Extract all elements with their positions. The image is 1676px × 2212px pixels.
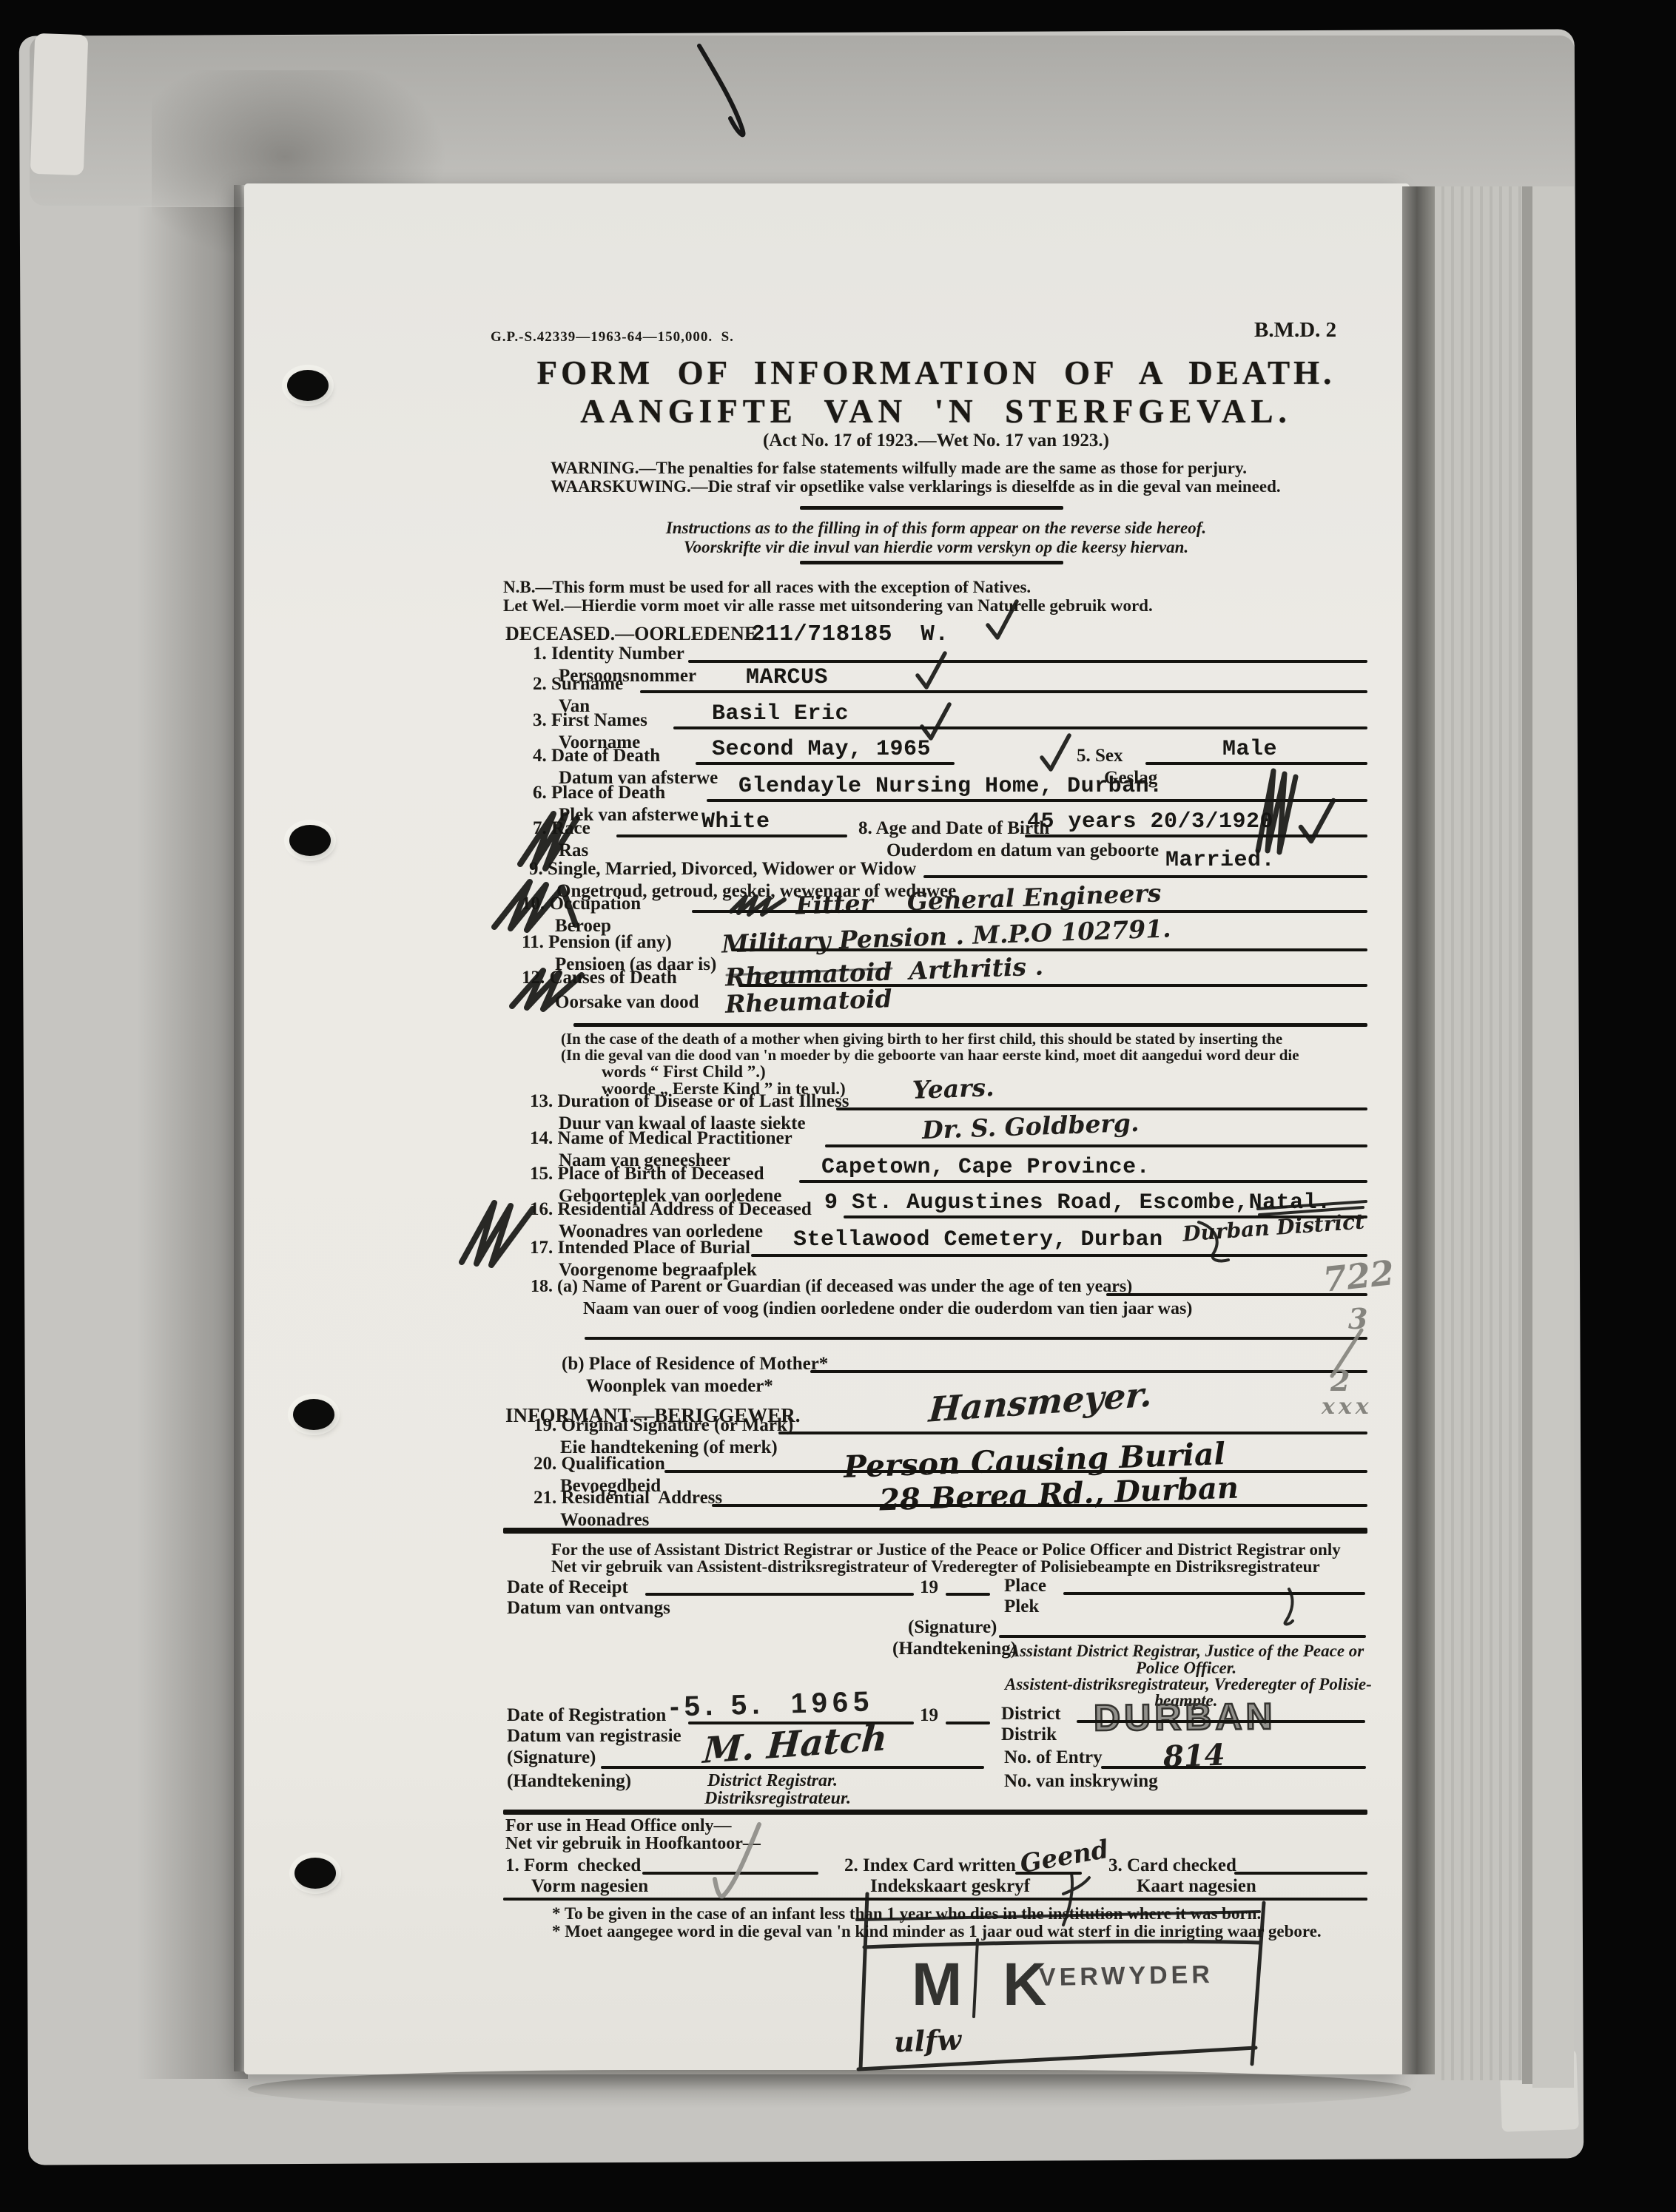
margin-pencil-mark: 3	[1348, 1302, 1367, 1335]
field-rule	[712, 1504, 1367, 1507]
field-12-label: 12. Causes of Death	[522, 968, 677, 988]
field-rule	[585, 1337, 1367, 1340]
form-checked-label: 1. Form checked	[505, 1855, 641, 1876]
section-deceased: DECEASED.—OORLEDENE.	[505, 623, 762, 645]
field-2-value: MARCUS	[746, 665, 828, 690]
field-rule	[1025, 834, 1367, 837]
field-4-value: Second May, 1965	[712, 737, 931, 762]
field-18b-label-af: Woonplek van moeder*	[586, 1376, 773, 1397]
section-heavy-rule	[503, 1528, 1367, 1534]
print-code: G.P.-S.42339—1963-64—150,000. S.	[491, 329, 734, 345]
warning-af: WAARSKUWING.—Die straf vir opsetlike val…	[551, 477, 1281, 496]
field-16-label: 16. Residential Address of Deceased	[530, 1199, 812, 1220]
form-checked-label-af: Vorm nagesien	[531, 1876, 648, 1897]
field-rule	[692, 910, 1367, 913]
receipt-date-label-af: Datum van ontvangs	[507, 1598, 670, 1619]
page-stack-margin	[1532, 186, 1574, 2088]
field-15-value: Capetown, Cape Province.	[821, 1155, 1150, 1180]
field-rule	[1145, 762, 1367, 765]
field-rule	[1101, 1766, 1366, 1769]
field-8-value: 45 years 20/3/1920	[1027, 809, 1273, 834]
card-checked-label-af: Kaart nagesien	[1137, 1876, 1256, 1897]
field-rule	[799, 1180, 1367, 1183]
act-reference: (Act No. 17 of 1923.—Wet No. 17 van 1923…	[522, 431, 1350, 451]
instructions-en: Instructions as to the filling in of thi…	[522, 519, 1350, 538]
section-rule	[573, 1023, 1367, 1027]
nb-note-en: N.B.—This form must be used for all race…	[503, 578, 1031, 597]
field-17-label: 17. Intended Place of Burial	[530, 1238, 750, 1258]
form-title-en: FORM OF INFORMATION OF A DEATH.	[522, 354, 1350, 392]
field-9-value: Married.	[1165, 848, 1275, 873]
field-rule	[688, 660, 1367, 663]
field-18a-label: 18. (a) Name of Parent or Guardian (if d…	[531, 1277, 1132, 1297]
field-6-value: Glendayle Nursing Home, Durban.	[738, 774, 1163, 799]
field-2-label: 2. Surname	[533, 674, 623, 695]
field-4-label: 4. Date of Death	[533, 746, 660, 766]
field-rule	[923, 875, 1367, 878]
field-1-label: 1. Identity Number	[533, 644, 684, 664]
field-17-value: Stellawood Cemetery, Durban	[793, 1227, 1163, 1252]
field-rule	[1063, 1592, 1365, 1595]
warning-en: WARNING.—The penalties for false stateme…	[551, 459, 1247, 478]
field-rule	[825, 1144, 1367, 1147]
field-rule	[778, 1432, 1367, 1434]
punch-hole	[293, 1399, 334, 1430]
district-label: District	[1001, 1704, 1061, 1724]
section-rule	[503, 1898, 1367, 1901]
field-12-value-corrected: Rheumatoid	[724, 984, 892, 1019]
page-stack-edge-right	[1402, 186, 1435, 2074]
place-label-af: Plek	[1004, 1596, 1039, 1617]
field-rule	[810, 1370, 1367, 1373]
field-3-label: 3. First Names	[533, 710, 647, 731]
signature2-label: (Signature)	[507, 1747, 596, 1768]
margin-pencil-mark: 722	[1321, 1252, 1396, 1300]
field-18b-label: (b) Place of Residence of Mother*	[562, 1354, 828, 1375]
form-title-af: AANGIFTE VAN 'N STERFGEVAL.	[522, 392, 1350, 431]
index-card-label-af: Indekskaart geskryf	[870, 1876, 1030, 1897]
section-heavy-rule	[503, 1810, 1367, 1815]
torn-corner	[30, 33, 89, 175]
punch-hole	[295, 1858, 336, 1889]
divider-rule	[800, 561, 1063, 564]
field-5-value: Male	[1222, 737, 1277, 762]
field-9-label: 9. Single, Married, Divorced, Widower or…	[529, 859, 916, 880]
field-3-value: Basil Eric	[712, 701, 849, 726]
nb-note-af: Let Wel.—Hierdie vorm moet vir alle rass…	[503, 596, 1153, 616]
page-stack-edge-thin	[1522, 186, 1532, 2084]
registrar-title-af: Distriksregistrateur.	[704, 1789, 851, 1809]
punch-hole	[289, 825, 331, 856]
field-rule	[696, 762, 955, 765]
place-label: Place	[1004, 1576, 1046, 1596]
field-rule	[1015, 1872, 1082, 1875]
field-18a-label-af: Naam van ouer of voog (indien oorledene …	[583, 1299, 1192, 1319]
field-rule	[664, 1470, 1367, 1473]
reference-number: 211/718185 W.	[751, 621, 949, 647]
field-7-label: 7. Race	[533, 818, 590, 839]
signature2-label-af: (Handtekening)	[507, 1771, 631, 1792]
punch-hole	[287, 370, 329, 401]
field-rule	[999, 1635, 1366, 1638]
field-19-label: 19. Original Signature (or Mark)	[534, 1415, 793, 1436]
field-10-label: 10. Occupation	[522, 894, 641, 914]
field-8-label: 8. Age and Date of Birth	[858, 818, 1049, 839]
field-rule	[601, 1766, 984, 1769]
receipt-year-prefix: 19	[920, 1577, 938, 1598]
registrar-use-note-af: Net vir gebruik van Assistent-distriksre…	[551, 1557, 1320, 1577]
head-office-note-en: For use in Head Office only—	[505, 1816, 732, 1836]
head-office-note-af: Net vir gebruik in Hoofkantoor—	[505, 1834, 761, 1854]
card-checked-label: 3. Card checked	[1108, 1855, 1236, 1876]
field-15-label: 15. Place of Birth of Deceased	[530, 1164, 764, 1184]
form-code: B.M.D. 2	[1254, 318, 1336, 343]
scan-shadow-band	[137, 207, 248, 2079]
scanned-death-form: G.P.-S.42339—1963-64—150,000. S. B.M.D. …	[0, 0, 1676, 2212]
field-16-value: 9 St. Augustines Road, Escombe,Natal.	[824, 1190, 1331, 1215]
entry-no-label: No. of Entry	[1004, 1747, 1103, 1768]
district-stamp: DURBAN	[1094, 1695, 1276, 1739]
field-rule	[946, 1593, 990, 1596]
field-12-label-af: Oorsake van dood	[555, 992, 699, 1013]
field-13-value: Years.	[912, 1073, 995, 1105]
clerk-initials: ulfw	[893, 2023, 962, 2058]
field-rule	[1234, 1872, 1367, 1875]
field-rule	[1077, 1720, 1365, 1723]
signature1-label-af: (Handtekening)	[892, 1639, 1017, 1659]
field-14-label: 14. Name of Medical Practitioner	[530, 1128, 792, 1149]
field-rule	[616, 834, 847, 837]
receipt-date-label: Date of Receipt	[507, 1577, 628, 1598]
field-rule	[731, 948, 1367, 951]
field-rule	[640, 690, 1367, 693]
margin-pencil-mark: xxx	[1322, 1394, 1373, 1420]
field-rule	[645, 1593, 914, 1596]
registration-date-label: Date of Registration	[507, 1705, 666, 1726]
registration-date-stamp: -5. 5. 1965	[669, 1686, 874, 1723]
district-label-af: Distrik	[1001, 1724, 1057, 1745]
registration-date-label-af: Datum van registrasie	[507, 1726, 681, 1747]
page-curl-shadow	[248, 2070, 1411, 2108]
signature1-label: (Signature)	[908, 1617, 997, 1638]
field-7-label-af: Ras	[559, 840, 588, 861]
field-rule	[642, 1872, 818, 1875]
field-rule	[673, 726, 1367, 729]
field-rule	[946, 1722, 990, 1724]
field-20-label: 20. Qualification	[534, 1454, 665, 1474]
field-rule	[751, 1254, 1367, 1257]
field-8-label-af: Ouderdom en datum van geboorte	[886, 840, 1159, 861]
divider-rule	[800, 506, 1063, 510]
instructions-af: Voorskrifte vir die invul van hierdie vo…	[522, 538, 1350, 557]
margin-pencil-mark: 2	[1330, 1364, 1350, 1397]
index-card-label: 2. Index Card written	[844, 1855, 1016, 1876]
field-11-label: 11. Pension (if any)	[522, 932, 672, 953]
footnote-en: * To be given in the case of an infant l…	[552, 1904, 1261, 1923]
field-13-label: 13. Duration of Disease or of Last Illne…	[530, 1091, 849, 1112]
field-rule	[707, 799, 1367, 802]
footnote-af: * Moet aangegee word in die geval van 'n…	[552, 1922, 1322, 1941]
field-6-label: 6. Place of Death	[533, 783, 665, 803]
registrar-title-en: District Registrar.	[707, 1771, 838, 1791]
field-5-label: 5. Sex	[1077, 746, 1123, 766]
page-stack-edges	[1435, 186, 1522, 2080]
verwyder-stamp: VERWYDER	[1039, 1960, 1214, 1992]
field-21-label: 21. Residential Address	[534, 1488, 722, 1508]
field-7-value: White	[701, 809, 770, 834]
registration-year-prefix: 19	[920, 1705, 938, 1726]
entry-no-label-af: No. van inskrywing	[1004, 1771, 1158, 1792]
mk-stamp: M K	[912, 1950, 1058, 2020]
